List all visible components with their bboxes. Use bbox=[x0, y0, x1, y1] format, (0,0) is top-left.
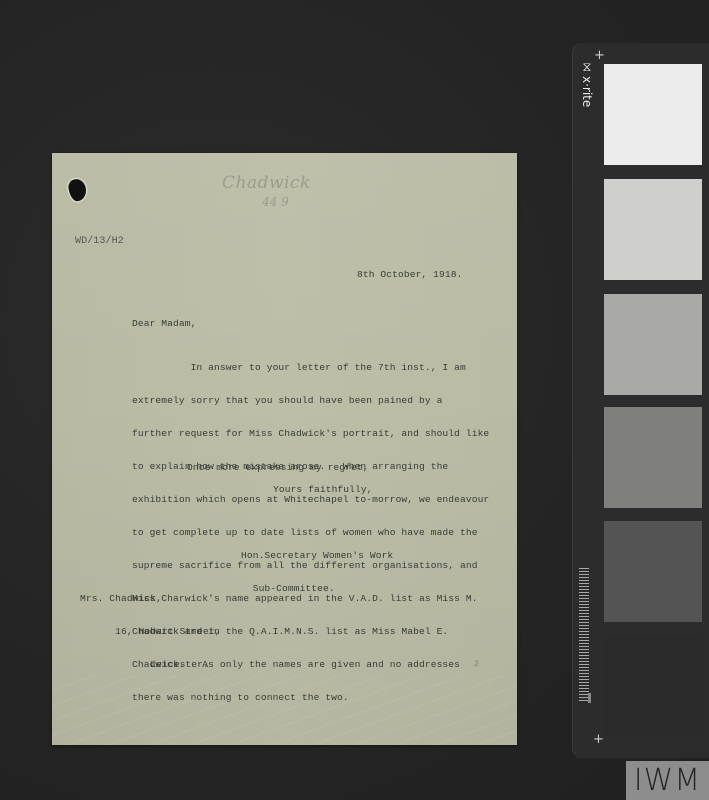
pencil-mark: 2 bbox=[474, 660, 479, 669]
scale-ruler bbox=[579, 568, 589, 703]
color-checker-card: + ⧖ x·rite + bbox=[572, 43, 709, 758]
handwritten-name-annotation: Chadwick bbox=[222, 173, 311, 193]
body-line: further request for Miss Chadwick's port… bbox=[132, 428, 489, 439]
body-line: extremely sorry that you should have bee… bbox=[132, 395, 489, 406]
swatch-dark-gray bbox=[604, 521, 702, 622]
xrite-brand: ⧖ x·rite bbox=[576, 61, 598, 141]
handwritten-number-annotation: 44 9 bbox=[262, 195, 289, 209]
body-line: there was nothing to connect the two. bbox=[132, 692, 489, 703]
swatch-darker-gray bbox=[604, 636, 702, 737]
swatch-mid-light-gray bbox=[604, 294, 702, 395]
swatch-mid-gray bbox=[604, 407, 702, 508]
address-line: 16, Hobart Street, bbox=[80, 626, 221, 637]
iwm-watermark: IWM bbox=[626, 761, 709, 800]
punch-hole bbox=[67, 177, 88, 202]
signature-title: Hon.Secretary Women's Work Sub-Committee… bbox=[241, 528, 393, 616]
body-line: In answer to your letter of the 7th inst… bbox=[132, 362, 489, 373]
xrite-logo-icon: ⧖ bbox=[582, 61, 591, 74]
body-line: exhibition which opens at Whitechapel to… bbox=[132, 494, 489, 505]
salutation: Dear Madam, bbox=[132, 318, 196, 329]
letter-date: 8th October, 1918. bbox=[357, 269, 462, 280]
swatch-light-gray bbox=[604, 179, 702, 280]
recipient-address: Mrs. Chadwick, 16, Hobart Street, Leices… bbox=[80, 571, 221, 692]
document-reference: WD/13/H2 bbox=[75, 236, 124, 247]
address-line: Mrs. Chadwick, bbox=[80, 593, 221, 604]
letter-paper: Chadwick 44 9 WD/13/H2 8th October, 1918… bbox=[52, 153, 517, 745]
xrite-brand-text: x·rite bbox=[580, 76, 594, 107]
closing-line: Once more expressing my regret, bbox=[187, 462, 369, 473]
signature-title-line: Hon.Secretary Women's Work bbox=[241, 550, 393, 561]
signature-title-line: Sub-Committee. bbox=[241, 583, 393, 594]
address-line: Leicester. bbox=[80, 659, 221, 670]
crosshair-icon: + bbox=[593, 733, 604, 746]
swatch-white bbox=[604, 64, 702, 165]
signoff: Yours faithfully, bbox=[273, 484, 373, 495]
